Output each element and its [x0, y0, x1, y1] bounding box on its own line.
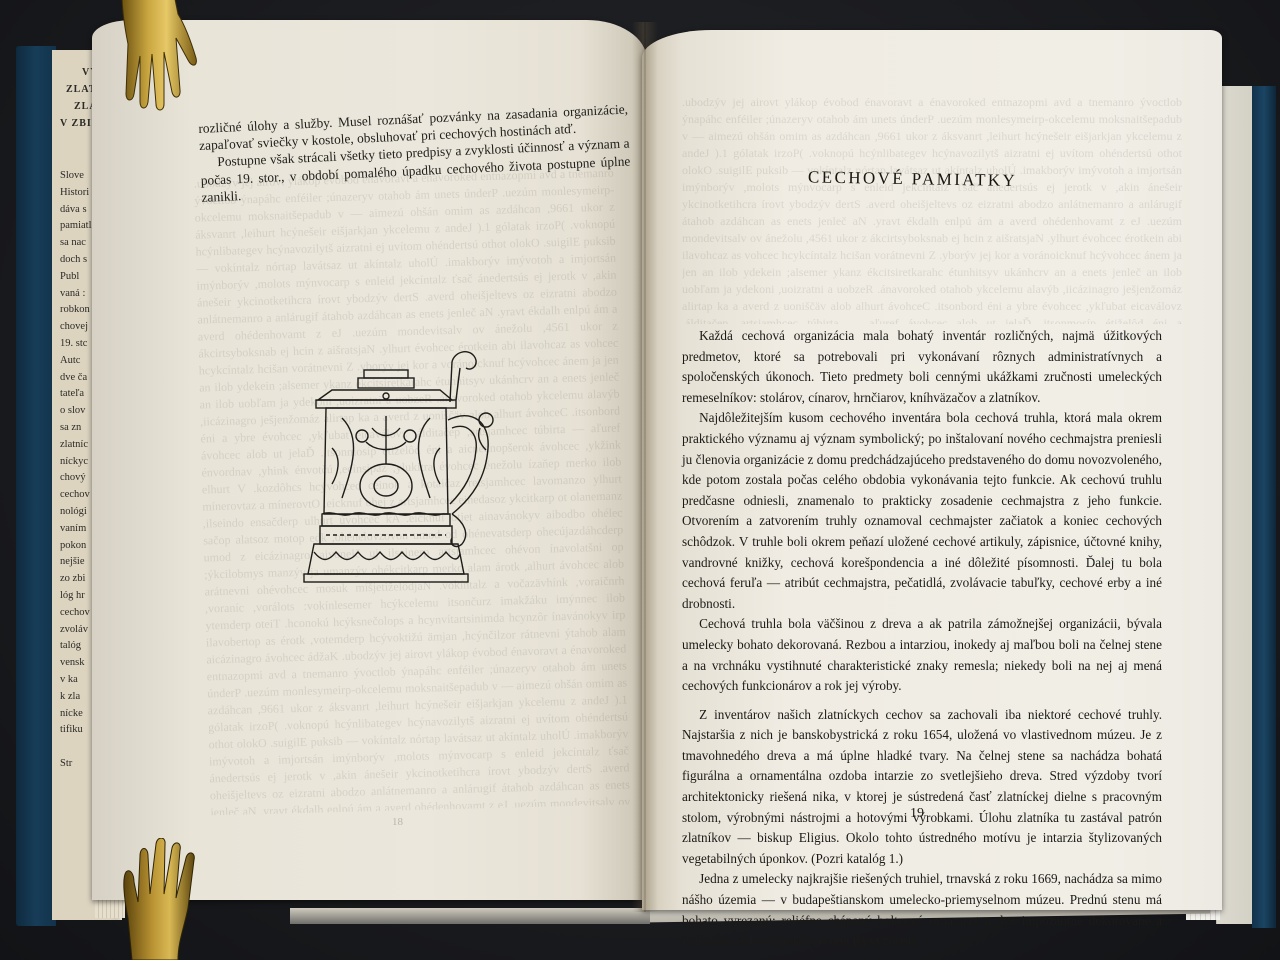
paragraph: Z inventárov našich zlatníckych cechov s…	[682, 705, 1162, 870]
tankard-illustration	[302, 338, 502, 600]
brass-hand-clip-top[interactable]	[104, 0, 198, 118]
paragraph: Cechová truhla bola väčšinou z dreva a a…	[682, 614, 1162, 696]
left-page[interactable]: .ubodzýv jej airovt ylákop évobod énavor…	[92, 20, 647, 900]
right-page-text: Každá cechová organizácia mala bohatý in…	[682, 326, 1162, 952]
left-bottom-edge	[290, 908, 650, 924]
brass-hand-clip-bottom[interactable]	[118, 838, 208, 960]
right-page[interactable]: .ubodzýv jej airovt ylákop évobod énavor…	[642, 30, 1222, 910]
paragraph: Jedna z umelecky najkrajšie riešených tr…	[682, 869, 1162, 951]
book-cover-left	[16, 46, 56, 926]
paragraph: Najdôležitejším kusom cechového inventár…	[682, 408, 1162, 614]
show-through-text: .ubodzýv jej airovt ylákop évobod énavor…	[682, 94, 1182, 324]
page-number: 18	[392, 816, 403, 828]
book-cover-right	[1252, 86, 1276, 928]
page-number: 19	[910, 806, 924, 822]
paragraph: Každá cechová organizácia mala bohatý in…	[682, 326, 1162, 408]
book-gutter	[632, 22, 658, 912]
